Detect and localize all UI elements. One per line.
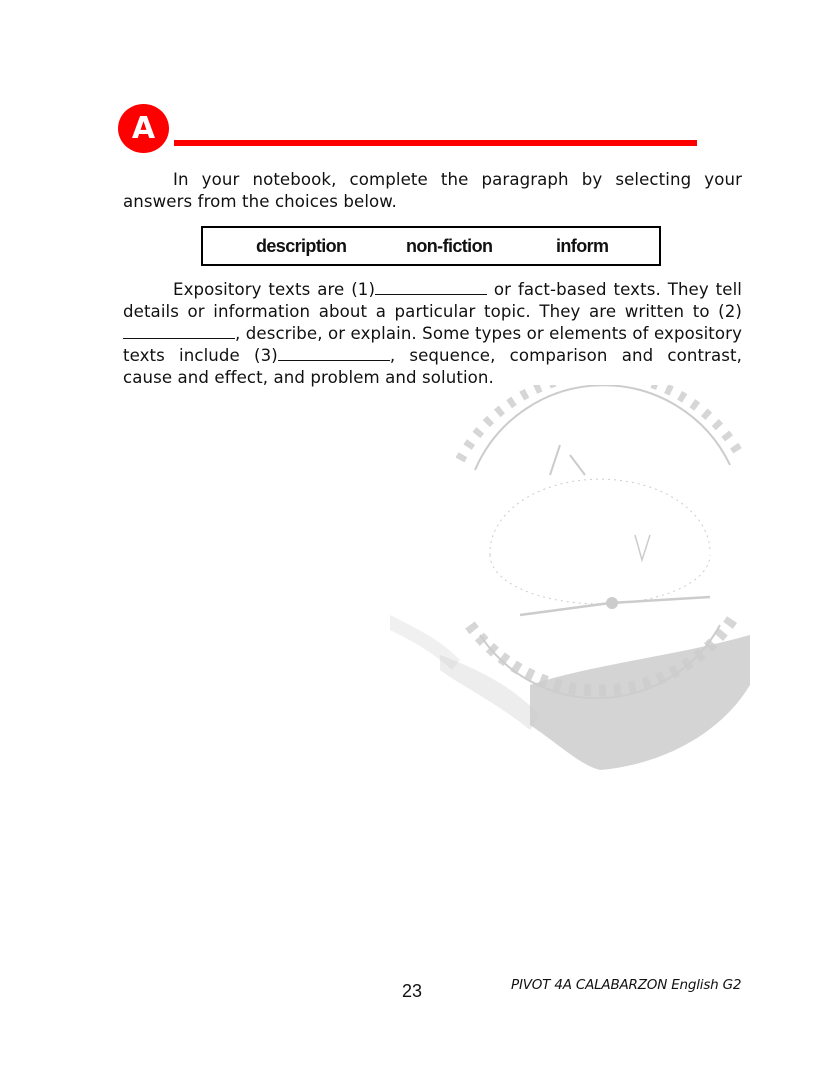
choice-inform: inform bbox=[556, 228, 608, 264]
expository-passage: Expository texts are (1) or fact-based t… bbox=[123, 279, 742, 389]
passage-segment-1: Expository texts are (1) bbox=[173, 280, 375, 299]
section-letter: A bbox=[132, 111, 155, 146]
worksheet-page: A In your notebook, complete the paragra… bbox=[0, 0, 825, 1075]
answer-blank-3 bbox=[278, 346, 390, 361]
footer-title: PIVOT 4A CALABARZON English G2 bbox=[511, 977, 741, 993]
page-number: 23 bbox=[402, 981, 422, 1002]
section-badge: A bbox=[118, 104, 169, 153]
section-divider-line bbox=[174, 140, 697, 146]
answer-blank-1 bbox=[375, 280, 487, 295]
deped-seal-watermark-icon bbox=[380, 385, 760, 775]
choice-non-fiction: non-fiction bbox=[406, 228, 492, 264]
choices-box: description non-fiction inform bbox=[201, 226, 661, 266]
instruction-text: In your notebook, complete the paragraph… bbox=[123, 169, 742, 213]
answer-blank-2 bbox=[123, 324, 235, 339]
choice-description: description bbox=[256, 228, 346, 264]
